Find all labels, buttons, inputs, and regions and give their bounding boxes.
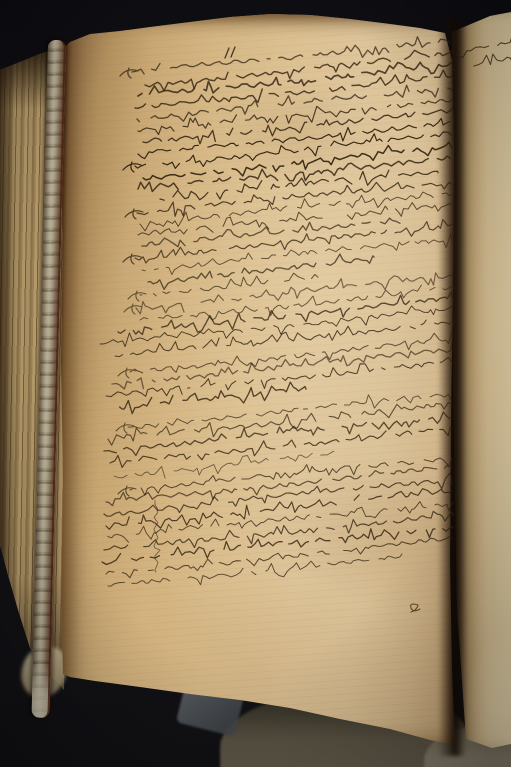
photo-scene	[0, 0, 511, 767]
gutter-shadow	[438, 18, 466, 756]
manuscript-page	[58, 12, 458, 752]
